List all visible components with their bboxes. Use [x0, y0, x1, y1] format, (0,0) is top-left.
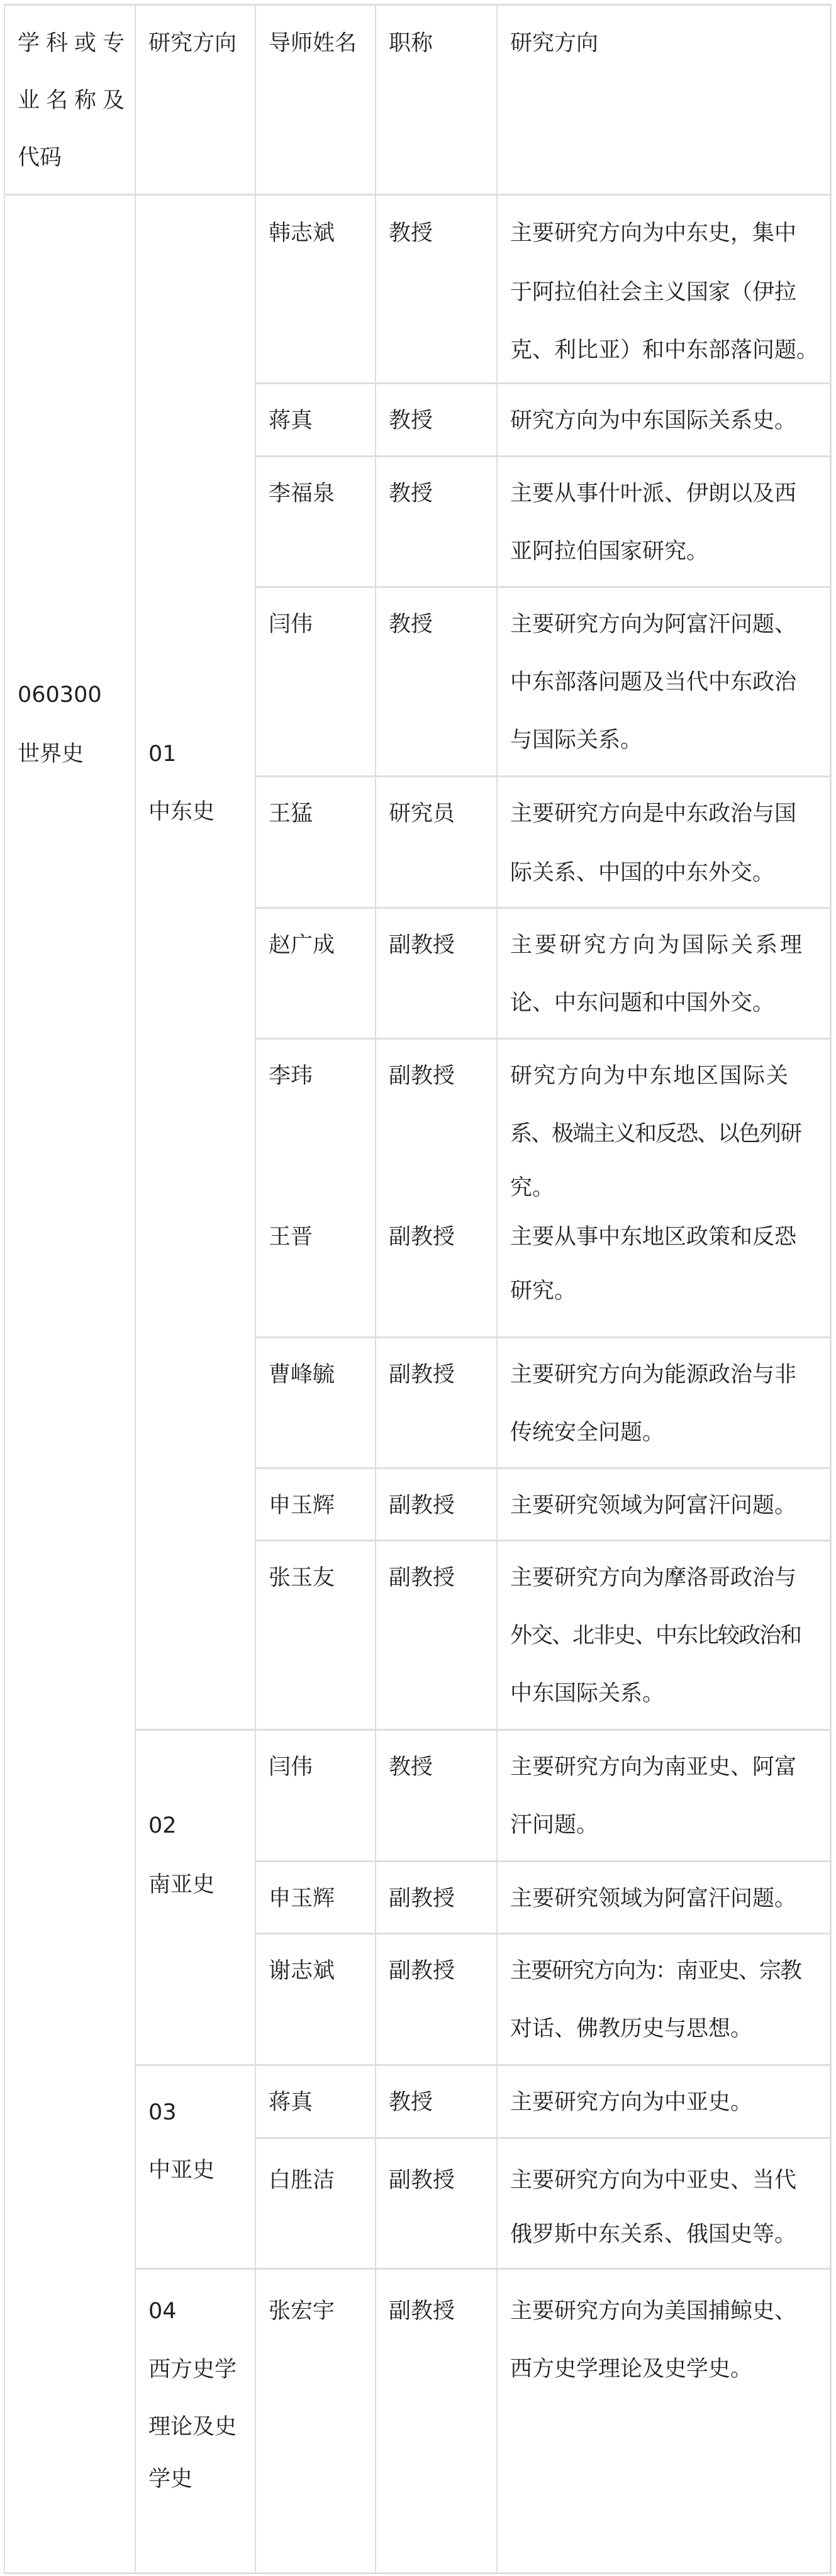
header-cell-title: 职称 [376, 6, 498, 196]
advisor-desc-cell: 主要研究方向为：南亚史、宗教 对话、佛教历史与思想。 [498, 1935, 830, 2066]
advisor-title: 副教授 [389, 1477, 455, 1535]
advisor-name-cell: 白胜洁 [256, 2139, 376, 2270]
advisor-desc-line: 主要从事中东地区政策和反恐 [510, 1208, 796, 1267]
advisor-desc-line: 克、利比亚）和中东部落问题。 [510, 321, 818, 380]
direction-code: 02 [148, 1797, 177, 1855]
advisor-desc-line: 研究方向为中东国际关系史。 [510, 392, 796, 450]
header-discipline-line-1: 学科或专 [18, 14, 131, 73]
advisor-title-cell: 教授 [376, 588, 498, 777]
advisor-desc-cell: 主要研究方向为中亚史、当代 俄罗斯中东关系、俄国史等。 [498, 2139, 830, 2270]
advisor-name-cell: 张宏宇 [256, 2270, 376, 2574]
advisor-title: 副教授 [389, 1942, 455, 2001]
advisor-name: 李玮 [269, 1047, 313, 1106]
direction-name-line-1: 西方史学 [148, 2341, 237, 2399]
direction-name: 中亚史 [148, 2141, 215, 2200]
advisor-desc-cell: 主要研究方向为美国捕鲸史、 西方史学理论及史学史。 [498, 2270, 830, 2574]
advisor-title-cell: 教授 [376, 1731, 498, 1862]
advisor-title-cell: 副教授 [376, 2139, 498, 2270]
header-title: 职称 [389, 14, 433, 73]
advisor-name: 白胜洁 [269, 2151, 335, 2210]
advisor-desc-line: 论、中东问题和中国外交。 [510, 974, 774, 1033]
advisor-name-cell: 李福泉 [256, 457, 376, 588]
advisor-title: 副教授 [389, 1208, 455, 1267]
advisor-desc-line: 主要研究方向为国际关系理 [510, 916, 805, 975]
direction-group-04: 04 西方史学 理论及史 学史 [136, 2270, 256, 2574]
advisor-name: 张宏宇 [269, 2282, 335, 2341]
advisor-title-cell: 教授 [376, 2066, 498, 2139]
advisor-name-cell: 闫伟 [256, 1731, 376, 1862]
advisor-desc-cell: 主要研究方向是中东政治与国 际关系、中国的中东外交。 [498, 777, 830, 909]
advisor-title-cell: 副教授 [376, 1541, 498, 1731]
advisor-title-cell: 副教授 [376, 909, 498, 1040]
advisor-desc-line: 汗问题。 [510, 1796, 598, 1855]
advisor-name-cell: 韩志斌 [256, 196, 376, 384]
advisor-name-cell: 申玉辉 [256, 1469, 376, 1541]
advisor-title: 副教授 [389, 1346, 455, 1404]
advisor-title-cell: 教授 [376, 457, 498, 588]
advisor-desc-line: 外交、北非史、中东比较政治和 [510, 1607, 801, 1665]
direction-group-03: 03 中亚史 [136, 2066, 256, 2270]
advisor-desc-line: 研究。 [510, 1262, 576, 1321]
advisor-desc-cell: 主要研究方向为中亚史。 [498, 2066, 830, 2139]
advisor-title-cell: 副教授 [376, 1338, 498, 1469]
direction-code: 03 [148, 2084, 177, 2142]
advisor-title: 教授 [389, 596, 433, 654]
advisor-desc-cell: 研究方向为中东地区国际关 系、极端主义和反恐、以色列研 究。 主要从事中东地区政… [498, 1040, 830, 1338]
advisor-desc-cell: 主要研究方向为中东史，集中 于阿拉伯社会主义国家（伊拉 克、利比亚）和中东部落问… [498, 196, 830, 384]
header-direction: 研究方向 [148, 14, 237, 73]
advisor-desc-line: 主要研究方向为美国捕鲸史、 [510, 2282, 796, 2341]
advisor-desc-line: 主要研究领域为阿富汗问题。 [510, 1870, 796, 1928]
advisor-desc-line: 主要研究方向为：南亚史、宗教 [510, 1942, 801, 2001]
advisor-name: 王晋 [269, 1208, 313, 1267]
advisor-desc-line: 中东部落问题及当代中东政治 [510, 653, 796, 712]
advisor-title: 副教授 [389, 1047, 455, 1106]
advisor-name: 闫伟 [269, 1738, 313, 1797]
advisor-name: 赵广成 [269, 916, 335, 975]
advisor-name-cell: 曹峰毓 [256, 1338, 376, 1469]
advisor-desc-cell: 主要研究方向为摩洛哥政治与 外交、北非史、中东比较政治和 中东国际关系。 [498, 1541, 830, 1731]
advisor-desc-cell: 主要研究方向为南亚史、阿富 汗问题。 [498, 1731, 830, 1862]
advisor-title: 副教授 [389, 916, 455, 975]
advisor-desc-line: 中东国际关系。 [510, 1665, 664, 1723]
advisor-desc-line: 主要研究方向为中亚史、当代 [510, 2151, 796, 2210]
advisor-desc-cell: 主要从事什叶派、伊朗以及西 亚阿拉伯国家研究。 [498, 457, 830, 588]
advisor-title-cell: 副教授 [376, 1935, 498, 2066]
discipline-name: 世界史 [18, 725, 84, 784]
advisor-name: 王猛 [269, 785, 313, 843]
header-cell-advisor: 导师姓名 [256, 6, 376, 196]
direction-name-line-2: 理论及史 [148, 2398, 237, 2457]
advisor-title: 教授 [389, 204, 433, 263]
direction-group-02: 02 南亚史 [136, 1731, 256, 2066]
advisor-title-cell: 副教授 [376, 1469, 498, 1541]
advisor-title-cell: 教授 [376, 384, 498, 457]
advisor-name: 申玉辉 [269, 1870, 335, 1928]
advisor-title-cell: 副教授 [376, 1862, 498, 1935]
advisor-title-cell: 教授 [376, 196, 498, 384]
advisor-title: 教授 [389, 392, 433, 450]
header-cell-direction: 研究方向 [136, 6, 256, 196]
advisor-name: 谢志斌 [269, 1942, 335, 2001]
direction-name: 中东史 [148, 783, 215, 841]
direction-group-01: 01 中东史 [136, 196, 256, 1731]
advisor-title: 副教授 [389, 1870, 455, 1928]
advisor-title-cell: 副教授 [376, 2270, 498, 2574]
advisor-name: 申玉辉 [269, 1477, 335, 1535]
advisor-desc-line: 主要从事什叶派、伊朗以及西 [510, 465, 796, 523]
header-discipline-line-3: 代码 [18, 129, 62, 187]
advisor-title: 研究员 [389, 785, 455, 843]
advisor-name: 张玉友 [269, 1549, 335, 1607]
advisor-desc-line: 主要研究方向为中亚史。 [510, 2074, 752, 2132]
advisor-desc-cell: 主要研究领域为阿富汗问题。 [498, 1862, 830, 1935]
advisor-name-cell: 蒋真 [256, 384, 376, 457]
header-discipline-line-2: 业名称及 [18, 72, 131, 130]
advisor-desc-cell: 主要研究方向为阿富汗问题、 中东部落问题及当代中东政治 与国际关系。 [498, 588, 830, 777]
advisor-desc-line: 主要研究方向为摩洛哥政治与 [510, 1549, 796, 1607]
advisor-name-cell: 赵广成 [256, 909, 376, 1040]
advisor-name: 李福泉 [269, 465, 335, 523]
advisor-name: 曹峰毓 [269, 1346, 335, 1404]
advisor-title-cell: 研究员 [376, 777, 498, 909]
advisor-title: 教授 [389, 2074, 433, 2132]
advisor-name-cell: 王猛 [256, 777, 376, 909]
advisor-name-cell: 谢志斌 [256, 1935, 376, 2066]
advisor-desc-line: 主要研究方向为能源政治与非 [510, 1346, 796, 1404]
advisor-desc-line: 主要研究方向是中东政治与国 [510, 785, 796, 843]
advisor-desc-line: 于阿拉伯社会主义国家（伊拉 [510, 264, 796, 322]
direction-code: 01 [148, 725, 177, 784]
advisor-title: 教授 [389, 1738, 433, 1797]
advisor-desc-line: 与国际关系。 [510, 711, 642, 770]
direction-name: 南亚史 [148, 1856, 215, 1914]
direction-name-line-3: 学史 [148, 2450, 192, 2509]
direction-code: 04 [148, 2282, 177, 2341]
advisor-desc-line: 际关系、中国的中东外交。 [510, 844, 774, 902]
advisor-desc-line: 系、极端主义和反恐、以色列研 [510, 1105, 801, 1163]
advisor-title-cell: 副教授 副教授 [376, 1040, 498, 1338]
advisor-desc-line: 俄罗斯中东关系、俄国史等。 [510, 2206, 796, 2264]
advisor-name: 闫伟 [269, 596, 313, 654]
advisor-desc-cell: 主要研究领域为阿富汗问题。 [498, 1469, 830, 1541]
advisor-desc-line: 主要研究领域为阿富汗问题。 [510, 1477, 796, 1535]
advisor-title: 副教授 [389, 2151, 455, 2210]
advisor-desc-cell: 研究方向为中东国际关系史。 [498, 384, 830, 457]
advisor-desc-line: 亚阿拉伯国家研究。 [510, 523, 708, 581]
advisor-table: 学科或专 业名称及 代码 研究方向 导师姓名 职称 研究方向 060300 世界… [4, 4, 832, 2574]
advisor-desc-cell: 主要研究方向为国际关系理 论、中东问题和中国外交。 [498, 909, 830, 1040]
advisor-desc-line: 西方史学理论及史学史。 [510, 2340, 752, 2399]
discipline-code: 060300 [18, 666, 102, 724]
header-cell-discipline: 学科或专 业名称及 代码 [5, 6, 136, 196]
discipline-cell: 060300 世界史 [5, 196, 136, 2574]
advisor-name-cell: 闫伟 [256, 588, 376, 777]
advisor-name-cell: 李玮 王晋 [256, 1040, 376, 1338]
advisor-desc-line: 主要研究方向为中东史，集中 [510, 204, 796, 263]
advisor-desc-line: 主要研究方向为南亚史、阿富 [510, 1738, 796, 1797]
advisor-title: 副教授 [389, 1549, 455, 1607]
header-research: 研究方向 [510, 14, 598, 73]
advisor-name-cell: 张玉友 [256, 1541, 376, 1731]
advisor-title: 教授 [389, 465, 433, 523]
header-cell-research: 研究方向 [498, 6, 830, 196]
advisor-name: 韩志斌 [269, 204, 335, 263]
advisor-name-cell: 申玉辉 [256, 1862, 376, 1935]
advisor-desc-line: 主要研究方向为阿富汗问题、 [510, 596, 796, 654]
header-advisor: 导师姓名 [269, 14, 357, 73]
advisor-desc-line: 研究方向为中东地区国际关 [510, 1047, 789, 1106]
advisor-name-cell: 蒋真 [256, 2066, 376, 2139]
advisor-name: 蒋真 [269, 2074, 313, 2132]
advisor-title: 副教授 [389, 2282, 455, 2341]
advisor-desc-line: 传统安全问题。 [510, 1404, 664, 1462]
advisor-name: 蒋真 [269, 392, 313, 450]
advisor-desc-line: 对话、佛教历史与思想。 [510, 2000, 752, 2058]
advisor-desc-cell: 主要研究方向为能源政治与非 传统安全问题。 [498, 1338, 830, 1469]
